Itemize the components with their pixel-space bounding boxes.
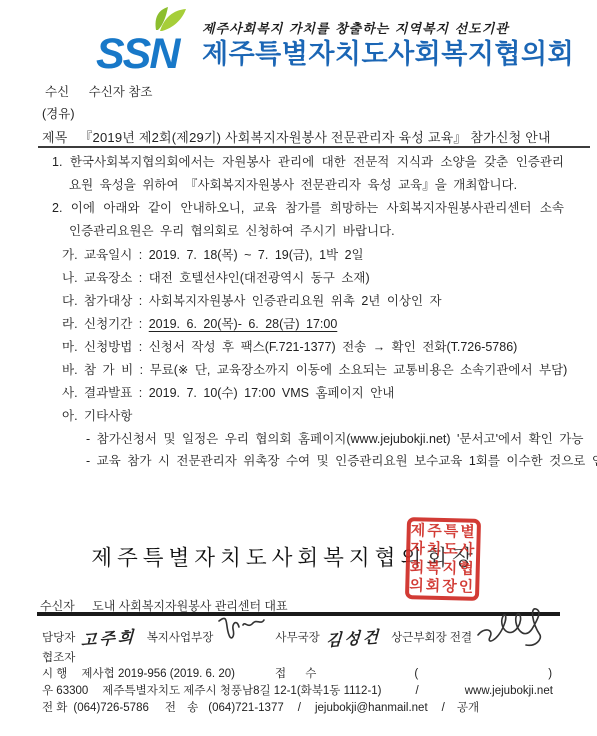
apply-period-dates: 2019. 6. 20(목)- 6. 28(금) 17:00 (149, 317, 338, 331)
list-item-ga: 가. 교육일시 : 2019. 7. 18(목) ~ 7. 19(금), 1박 … (62, 244, 564, 267)
distribution-label: 수신자 (40, 599, 75, 613)
secretary-label: 사무국장 (275, 629, 319, 645)
slash-separator: / (416, 683, 419, 700)
tel-number: (064)726-5786 (73, 700, 148, 717)
org-address: 제주특별자치도 제주시 청풍남8길 12-1(화북1동 1112-1) (102, 683, 381, 700)
apply-period-prefix: 신청기간 : (84, 317, 149, 331)
document-body: 1. 한국사회복지협의회에서는 자원봉사 관리에 대한 전문적 지식과 소양을 … (52, 151, 564, 472)
subject-divider (38, 146, 590, 148)
list-item-ah: 아. 기타사항 (62, 405, 564, 428)
recipient-label: 수신 (45, 85, 69, 99)
zip-label: 우 63300 (42, 683, 88, 700)
signer-title: 제주특별자치도사회복지협의회장 (0, 541, 583, 572)
doc-number: 제사협 2019-956 (2019. 6. 20) (81, 666, 235, 683)
receipt-label: 접 수 (275, 666, 324, 683)
org-identity: 제주사회복지 가치를 창출하는 지역복지 선도기관 제주특별자치도사회복지협의회 (202, 18, 574, 70)
subject-line: 제목 『2019년 제2회(제29기) 사회복지자원봉사 전문관리자 육성 교육… (42, 127, 551, 146)
fax-label: 전 송 (165, 700, 202, 717)
body-paragraph-2: 2. 이에 아래와 같이 안내하오니, 교육 참가를 희망하는 사회복지자원봉사… (52, 197, 564, 243)
org-logo: SSN 제주사회복지 가치를 창출하는 지역복지 선도기관 제주특별자치도사회복… (96, 10, 574, 70)
list-item-ra: 라. 신청기간 : 2019. 6. 20(목)- 6. 28(금) 17:00 (62, 313, 564, 336)
address-row: 우 63300 제주특별자치도 제주시 청풍남8길 12-1(화북1동 1112… (42, 683, 582, 700)
org-email: jejubokji@hanmail.net (315, 700, 428, 717)
list-item-ma: 마. 신청방법 : 신청서 작성 후 팩스(F.721-1377) 전송 → 확… (62, 336, 564, 359)
contact-row: 전 화 (064)726-5786 전 송 (064)721-1377 / je… (42, 700, 582, 717)
slash-separator-3: / (442, 700, 445, 717)
document-footer: 담당자 고주희 복지사업부장 사무국장 김성건 상근부회장 전결 협조자 시 행… (42, 624, 582, 717)
sub-item-2: - 교육 참가 시 전문관리자 위촉장 수여 및 인증관리요원 보수교육 1회를… (86, 450, 564, 472)
dept-head-signature-icon (215, 611, 267, 648)
fax-number: (064)721-1377 (208, 700, 283, 717)
ssn-logo-text: SSN (96, 33, 178, 76)
slash-separator-2: / (298, 700, 301, 717)
subject-label: 제목 (42, 130, 68, 145)
org-slogan: 제주사회복지 가치를 창출하는 지역복지 선도기관 (202, 18, 574, 37)
receipt-paren-open: ( (414, 666, 418, 683)
secretary-signature: 김성건 (325, 624, 381, 651)
disclosure-label: 공개 (457, 700, 479, 717)
list-item-na: 나. 교육장소 : 대전 호텔선샤인(대전광역시 동구 소재) (62, 267, 564, 290)
org-name: 제주특별자치도사회복지협의회 (202, 40, 574, 70)
official-document-page: SSN 제주사회복지 가치를 창출하는 지역복지 선도기관 제주특별자치도사회복… (0, 0, 597, 736)
org-website: www.jejubokji.net (465, 683, 553, 700)
approval-row: 담당자 고주희 복지사업부장 사무국장 김성건 상근부회장 전결 (42, 624, 582, 650)
subject-title: 『2019년 제2회(제29기) 사회복지자원봉사 전문관리자 육성 교육』 참… (79, 130, 550, 145)
manager-signature: 고주희 (81, 624, 137, 651)
recipient-line: 수신 수신자 참조 (45, 82, 153, 100)
ssn-logo: SSN (96, 10, 192, 70)
manager-label: 담당자 (42, 629, 75, 645)
vice-chair-label: 상근부회장 전결 (391, 629, 472, 645)
list-item-ba: 바. 참 가 비 : 무료(※ 단, 교육장소까지 이동에 소요되는 교통비용은… (62, 359, 564, 382)
list-item-sa: 사. 결과발표 : 2019. 7. 10(수) 17:00 VMS 홈페이지 … (62, 382, 564, 405)
official-seal-stamp: 제주특별 자치도사 회복지협 의회장인 (405, 517, 481, 601)
list-item-da: 다. 참가대상 : 사회복지자원봉사 인증관리요원 위촉 2년 이상인 자 (62, 290, 564, 313)
execution-row: 시 행 제사협 2019-956 (2019. 6. 20) 접 수 ( ) (42, 666, 582, 683)
exec-label: 시 행 (42, 666, 67, 683)
recipient-value: 수신자 참조 (89, 85, 153, 99)
tel-label: 전 화 (42, 700, 67, 717)
receipt-paren-close: ) (548, 666, 552, 683)
vice-chair-signature-icon (474, 605, 546, 654)
via-line: (경유) (42, 104, 74, 122)
dept-head-label: 복지사업부장 (147, 629, 214, 645)
item-list: 가. 교육일시 : 2019. 7. 18(목) ~ 7. 19(금), 1박 … (62, 244, 564, 472)
body-paragraph-1: 1. 한국사회복지협의회에서는 자원봉사 관리에 대한 전문적 지식과 소양을 … (52, 151, 564, 197)
sub-item-1: - 참가신청서 및 일정은 우리 협의회 홈페이지(www.jejubokji.… (86, 428, 564, 450)
sub-item-list: - 참가신청서 및 일정은 우리 협의회 홈페이지(www.jejubokji.… (86, 428, 564, 472)
